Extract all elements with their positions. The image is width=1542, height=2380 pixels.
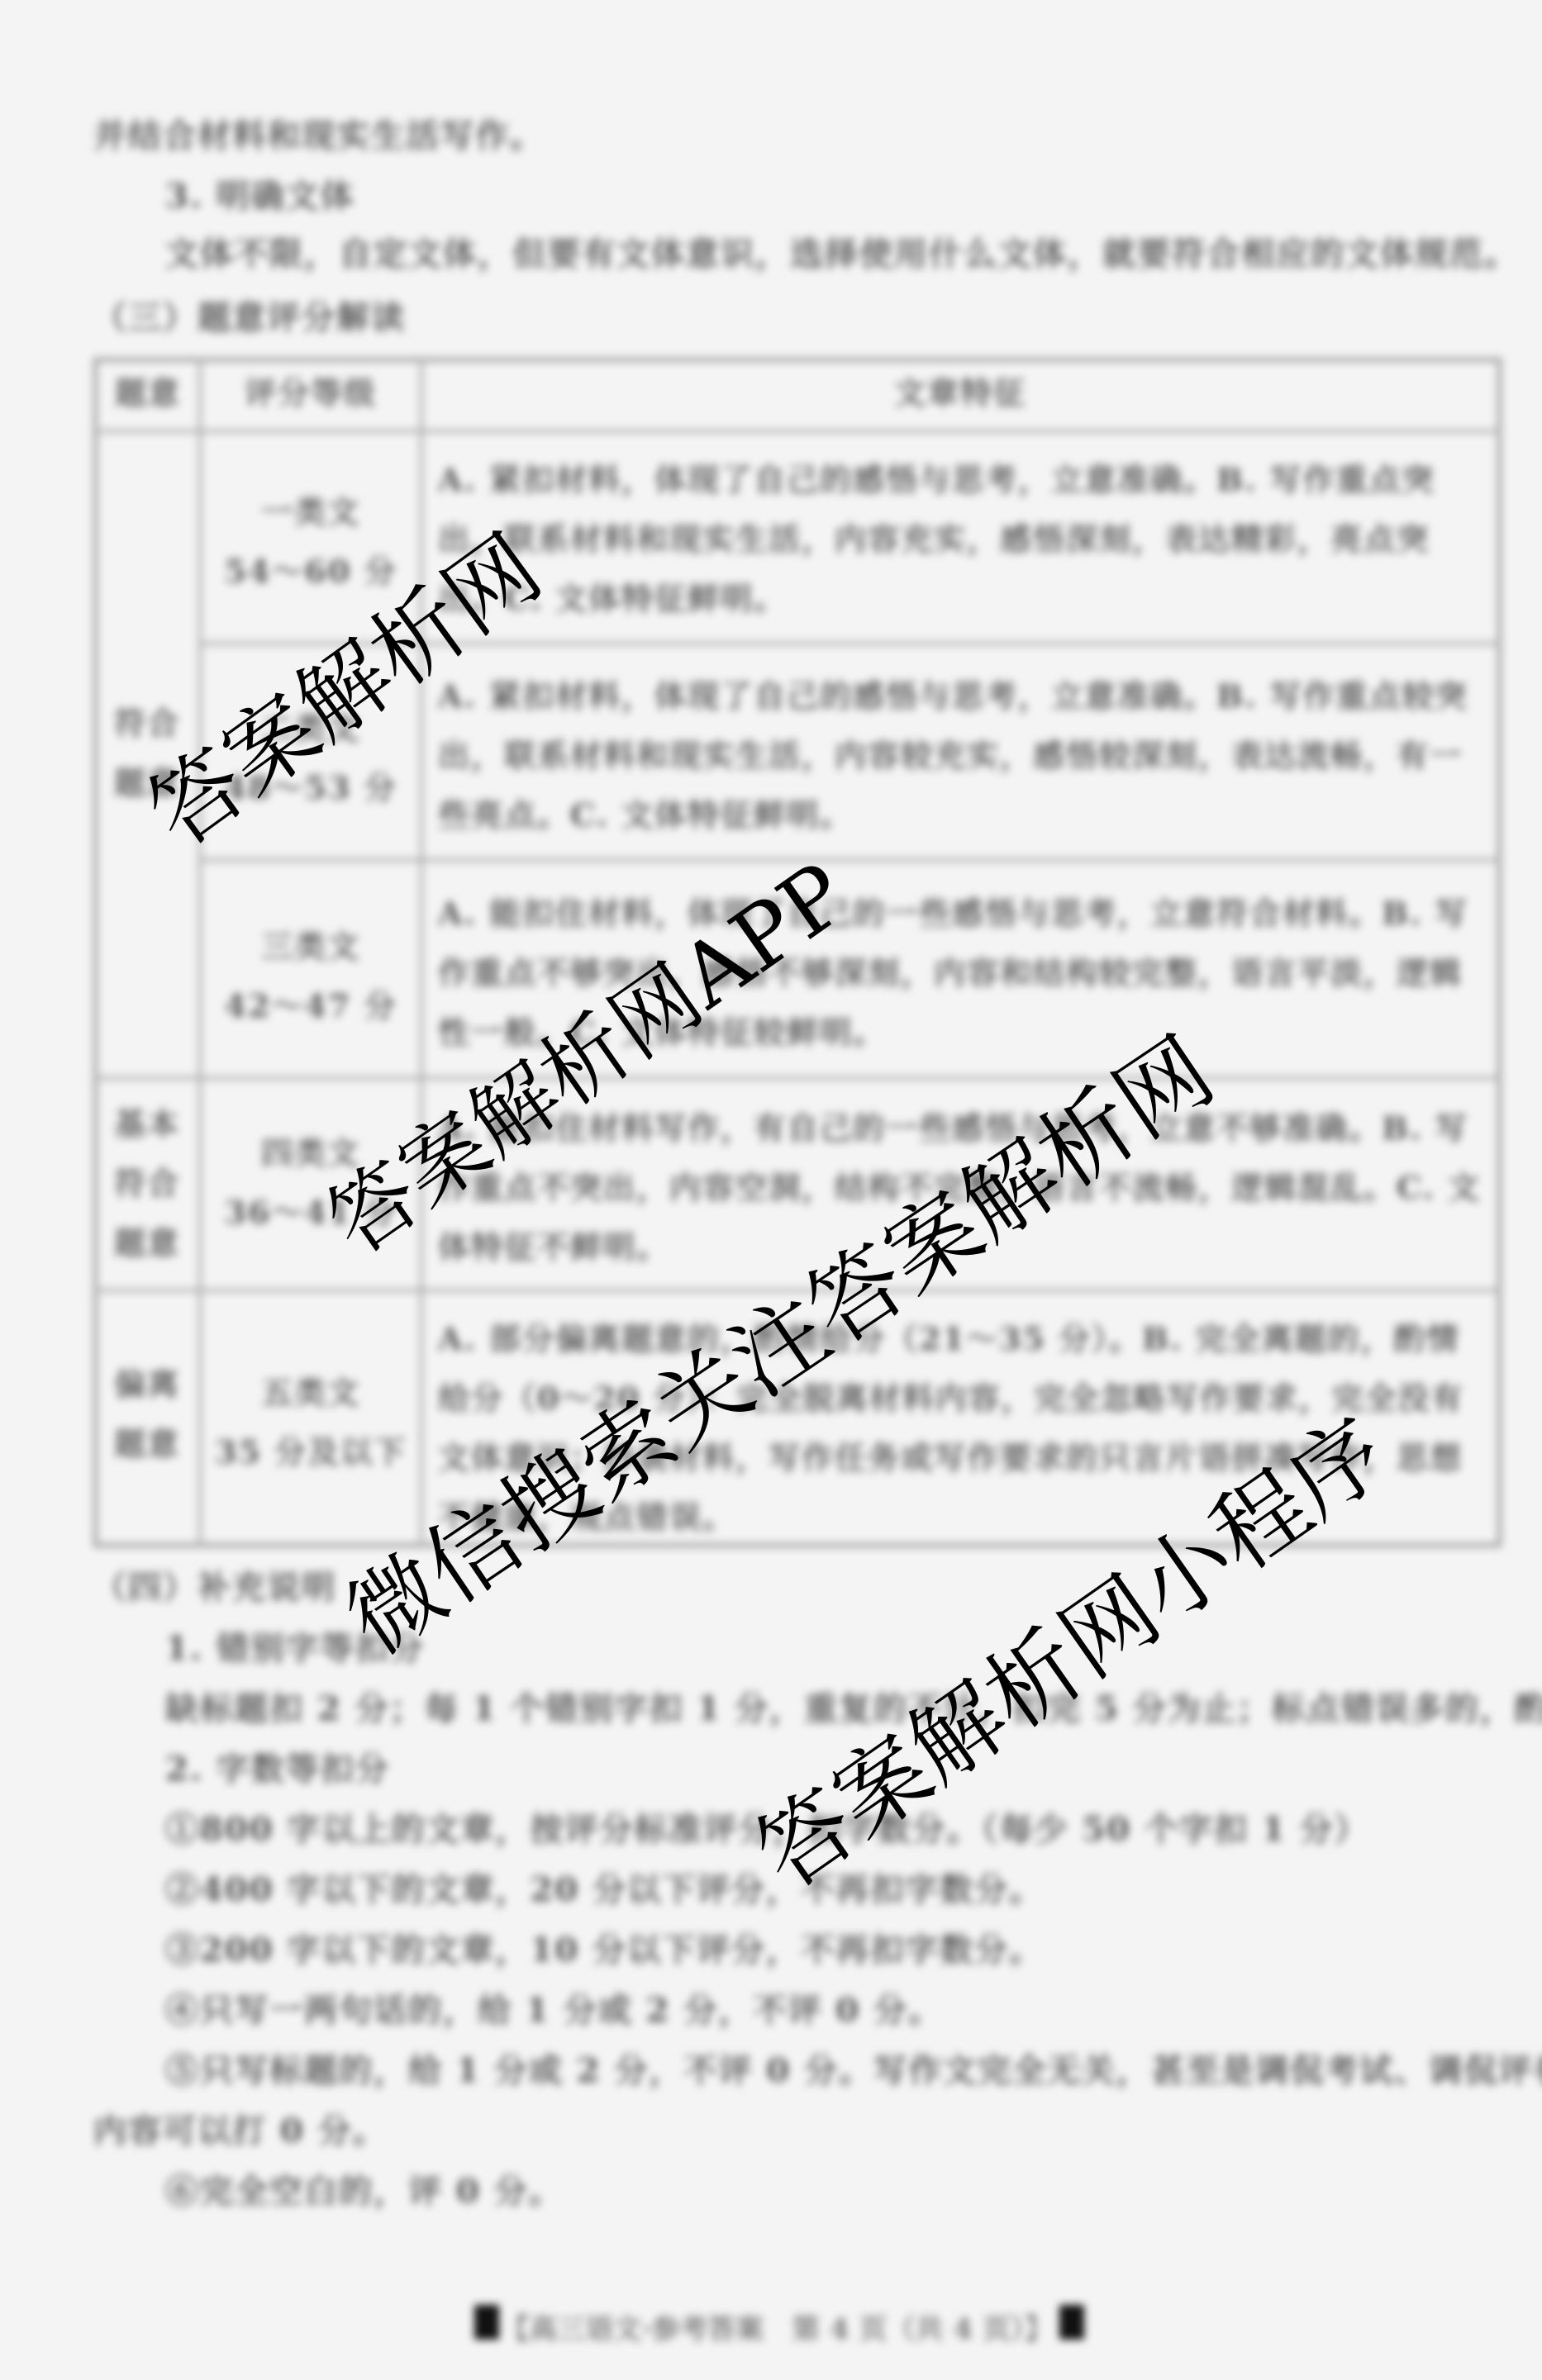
grade-range: 36～41 分 [202, 1183, 420, 1242]
group-label-matching: 符合题意 [106, 694, 188, 813]
feature-text: A. 部分偏离题意的，酌情给分（21～35 分）。B. 完全离题的，酌情给分（0… [438, 1309, 1483, 1547]
document-page: 并结合材料和现实生活写作。 3. 明确文体 文体不限，自定文体，但要有文体意识，… [0, 0, 1542, 2380]
rule-line: 内容可以打 0 分。 [93, 2112, 388, 2151]
feature-text: A. 紧扣材料，体现了自己的感悟与思考，立意准确。B. 写作重点较突出，联系材料… [438, 667, 1483, 845]
grade-name: 一类文 [202, 482, 420, 542]
header-grade: 评分等级 [202, 363, 420, 423]
grade-range: 35 分及以下 [202, 1423, 420, 1482]
item3-text: 文体不限，自定文体，但要有文体意识，选择使用什么文体，就要符合相应的文体规范。 [165, 235, 1519, 274]
group-label-deviated: 偏离题意 [106, 1355, 188, 1474]
grade-range: 48～53 分 [202, 758, 420, 818]
grade-range: 54～60 分 [202, 542, 420, 601]
group-label-basic: 基本符合题意 [106, 1095, 188, 1273]
item3-title: 3. 明确文体 [165, 177, 355, 216]
row-divider [198, 858, 1502, 862]
footer-mark-right [1059, 2305, 1084, 2340]
rule-line: ⑤只写标题的，给 1 分或 2 分，不评 0 分。写作文完全无关，甚至是调侃考试… [165, 2051, 1542, 2091]
item1-text: 缺标题扣 2 分；每 1 个错别字扣 1 分，重复的不计，扣完 5 分为止；标点… [165, 1689, 1542, 1729]
grade-name: 四类文 [202, 1123, 420, 1183]
item2-title: 2. 字数等扣分 [165, 1750, 390, 1789]
row-divider [93, 1076, 1502, 1080]
grade-name: 三类文 [202, 917, 420, 976]
rule-line: ④只写一两句话的，给 1 分或 2 分，不评 0 分。 [165, 1991, 943, 2031]
item1-title: 1. 错别字等扣分 [165, 1629, 425, 1669]
section3-title: （三）题意评分解读 [93, 298, 406, 338]
grade-name: 二类文 [202, 699, 420, 758]
header-divider [93, 430, 1502, 433]
feature-text: A. 能扣住材料，体现了自己的一些感悟与思考，立意符合材料。B. 写作重点不够突… [438, 884, 1483, 1062]
intro-line: 并结合材料和现实生活写作。 [93, 116, 545, 156]
rule-line: ②400 字以下的文章，20 分以下评分，不再扣字数分。 [165, 1870, 1044, 1910]
column-divider [420, 358, 423, 1547]
header-topic: 题意 [98, 363, 198, 423]
rule-line: ⑥完全空白的，评 0 分。 [165, 2172, 564, 2211]
header-features: 文章特征 [423, 363, 1497, 423]
feature-text: A. 紧扣材料，体现了自己的感悟与思考，立意准确。B. 写作重点突出，联系材料和… [438, 450, 1483, 629]
rule-line: ③200 字以下的文章，10 分以下评分，不再扣字数分。 [165, 1931, 1044, 1970]
grade-range: 42～47 分 [202, 976, 420, 1036]
section4-title: （四）补充说明 [93, 1568, 336, 1608]
grade-name: 五类文 [202, 1363, 420, 1423]
row-divider [93, 1289, 1502, 1292]
row-divider [198, 642, 1502, 645]
rule-line: ①800 字以上的文章，按评分标准评分，扣字数分。（每少 50 个字扣 1 分） [165, 1810, 1369, 1850]
feature-text: A. 能扣住材料写作，有自己的一些感悟与思考，立意不够准确。B. 写作重点不突出… [438, 1099, 1483, 1277]
page-footer: 【高三语文·参考答案 第 4 页（共 4 页）】 [446, 2309, 1107, 2350]
